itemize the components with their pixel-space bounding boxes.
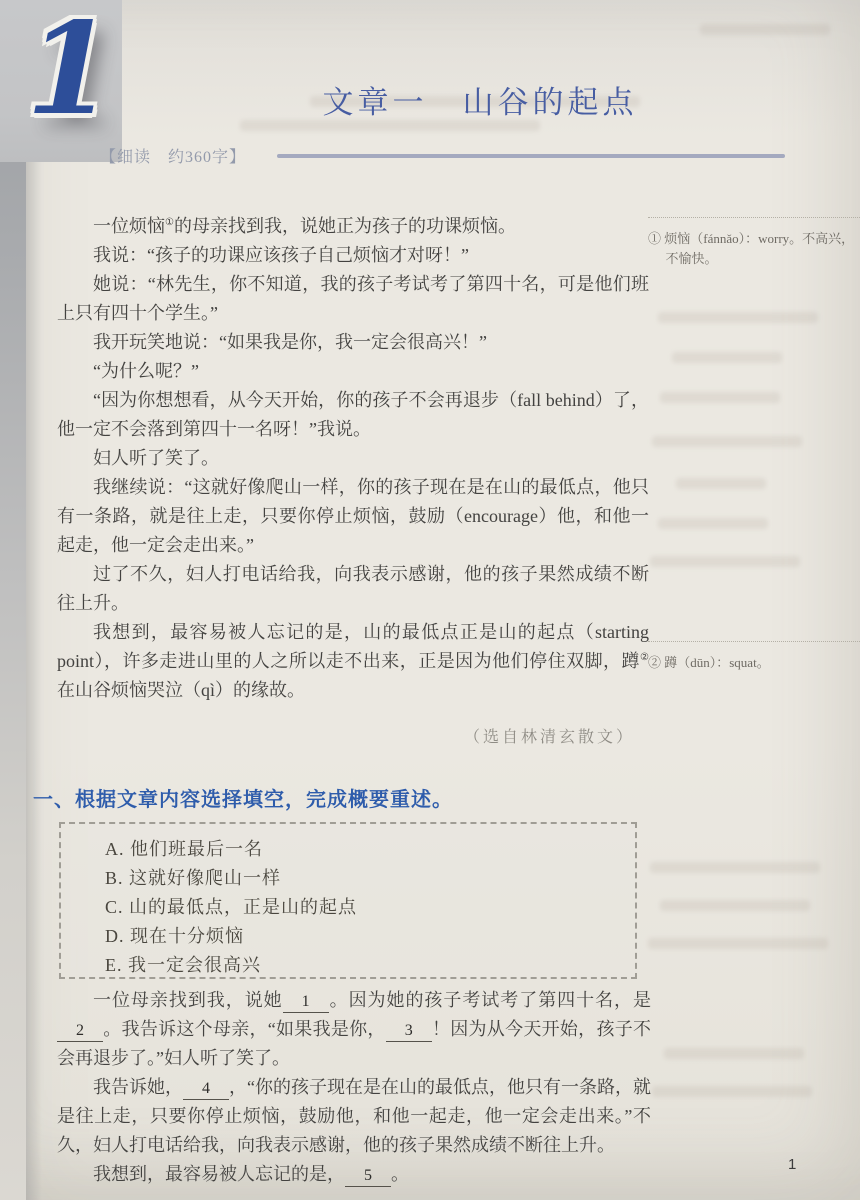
bleed-through <box>660 900 810 911</box>
text-run: “为什么呢？” <box>93 361 199 381</box>
exercise-heading: 一、根据文章内容选择填空，完成概要重述。 <box>33 783 453 812</box>
options-list: A. 他们班最后一名B. 这就好像爬山一样C. 山的最低点，正是山的起点D. 现… <box>61 835 635 980</box>
header-rule <box>277 154 785 158</box>
bleed-through <box>664 1048 804 1059</box>
article-paragraph: 妇人听了笑了。 <box>57 444 649 473</box>
bleed-through <box>648 938 828 949</box>
bleed-through <box>658 518 768 529</box>
text-run: 的母亲找到我，说她正为孩子的功课烦恼。 <box>174 216 516 236</box>
reading-info-label: 【细读 约360字】 <box>100 144 246 167</box>
text-run: 一位烦恼 <box>93 216 165 236</box>
textbook-page: 1 文章一 山谷的起点 【细读 约360字】 一位烦恼①的母亲找到我，说她正为孩… <box>0 0 860 1200</box>
fill-blank: 1 <box>283 994 329 1013</box>
fill-blank: 2 <box>57 1023 103 1042</box>
bleed-through <box>650 862 820 873</box>
text-run: 我开玩笑地说：“如果我是你，我一定会很高兴！” <box>93 332 487 352</box>
article-paragraph: 我想到，最容易被人忘记的是，山的最低点正是山的起点（starting point… <box>57 618 649 705</box>
text-run: 我继续说：“这就好像爬山一样，你的孩子现在是在山的最低点，他只有一条路，就是往上… <box>57 477 649 555</box>
lesson-title: 文章一 山谷的起点 <box>280 77 680 122</box>
unit-number: 1 <box>26 6 114 132</box>
text-run: 她说：“林先生，你不知道，我的孩子考试考了第四十名，可是他们班上只有四十个学生。… <box>57 274 649 323</box>
option-item: E. 我一定会很高兴 <box>105 951 635 980</box>
bleed-through <box>652 1086 812 1097</box>
text-run: 。因为她的孩子考试考了第四十名，是 <box>329 990 651 1010</box>
text-run: 在山谷烦恼哭泣（qì）的缘故。 <box>57 680 305 700</box>
summary-paragraph: 我想到，最容易被人忘记的是，5。 <box>57 1160 651 1189</box>
footnote-ref: ① <box>165 217 174 228</box>
options-box: A. 他们班最后一名B. 这就好像爬山一样C. 山的最低点，正是山的起点D. 现… <box>59 822 637 979</box>
page-left-edge <box>0 0 26 1200</box>
article-paragraph: 我开玩笑地说：“如果我是你，我一定会很高兴！” <box>57 328 649 357</box>
bleed-through <box>658 312 818 323</box>
page-left-shadow <box>26 0 42 1200</box>
source-attribution: （选自林清玄散文） <box>57 724 635 747</box>
fill-blank: 3 <box>386 1023 432 1042</box>
text-run: 我想到，最容易被人忘记的是， <box>93 1164 345 1184</box>
summary-paragraph: 一位母亲找到我，说她1。因为她的孩子考试考了第四十名，是2。我告诉这个母亲，“如… <box>57 986 651 1073</box>
option-item: D. 现在十分烦恼 <box>105 922 635 951</box>
footnote-1: ① 烦恼（fánnǎo）：worry。不高兴，不愉快。 <box>648 217 860 269</box>
option-item: C. 山的最低点，正是山的起点 <box>105 893 635 922</box>
article-paragraph: 一位烦恼①的母亲找到我，说她正为孩子的功课烦恼。 <box>57 212 649 241</box>
text-run: 我说：“孩子的功课应该孩子自己烦恼才对呀！” <box>93 245 469 265</box>
article-paragraph: 她说：“林先生，你不知道，我的孩子考试考了第四十名，可是他们班上只有四十个学生。… <box>57 270 649 328</box>
footnote-2: ② 蹲（dūn）：squat。 <box>648 641 860 673</box>
bleed-through <box>700 24 830 35</box>
text-run: 。 <box>391 1164 409 1184</box>
summary-text: 一位母亲找到我，说她1。因为她的孩子考试考了第四十名，是2。我告诉这个母亲，“如… <box>57 986 651 1189</box>
text-run: “因为你想想看，从今天开始，你的孩子不会再退步（fall behind）了，他一… <box>57 390 649 439</box>
summary-paragraph: 我告诉她，4，“你的孩子现在是在山的最低点，他只有一条路，就是往上走，只要你停止… <box>57 1073 651 1160</box>
text-run: 过了不久，妇人打电话给我，向我表示感谢，他的孩子果然成绩不断往上升。 <box>57 564 649 613</box>
article-paragraph: 过了不久，妇人打电话给我，向我表示感谢，他的孩子果然成绩不断往上升。 <box>57 560 649 618</box>
article-paragraph: “为什么呢？” <box>57 357 649 386</box>
fill-blank: 4 <box>183 1081 229 1100</box>
text-run: 一位母亲找到我，说她 <box>93 990 283 1010</box>
bleed-through <box>676 478 766 489</box>
text-run: 。我告诉这个母亲，“如果我是你， <box>103 1019 386 1039</box>
option-item: B. 这就好像爬山一样 <box>105 864 635 893</box>
bleed-through <box>652 436 802 447</box>
text-run: 我想到，最容易被人忘记的是，山的最低点正是山的起点（starting point… <box>57 622 649 671</box>
article-paragraph: 我继续说：“这就好像爬山一样，你的孩子现在是在山的最低点，他只有一条路，就是往上… <box>57 473 649 560</box>
bleed-through <box>650 556 800 567</box>
article-text: 一位烦恼①的母亲找到我，说她正为孩子的功课烦恼。我说：“孩子的功课应该孩子自己烦… <box>57 212 649 705</box>
fill-blank: 5 <box>345 1168 391 1187</box>
text-run: 我告诉她， <box>93 1077 183 1097</box>
bleed-through <box>672 352 782 363</box>
article-paragraph: “因为你想想看，从今天开始，你的孩子不会再退步（fall behind）了，他一… <box>57 386 649 444</box>
article-paragraph: 我说：“孩子的功课应该孩子自己烦恼才对呀！” <box>57 241 649 270</box>
bleed-through <box>660 392 780 403</box>
page-number: 1 <box>788 1156 796 1173</box>
text-run: 妇人听了笑了。 <box>93 448 219 468</box>
option-item: A. 他们班最后一名 <box>105 835 635 864</box>
